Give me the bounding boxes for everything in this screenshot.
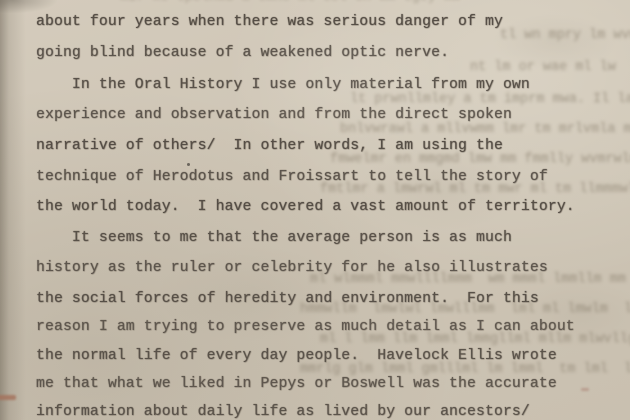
pink-smudge-mark [581, 388, 589, 391]
typewritten-line: me that what we liked in Pepys or Boswel… [36, 375, 557, 394]
typewritten-line: technique of Herodotus and Froissart to … [36, 168, 548, 187]
red-pencil-mark [0, 395, 16, 400]
typewritten-line: information about daily life as lived by… [36, 403, 530, 420]
typewritten-line: the social forces of heredity and enviro… [36, 290, 539, 309]
stray-dot-mark [187, 163, 190, 166]
typewritten-line: the normal life of every day people. Hav… [36, 347, 557, 366]
typewritten-line: narrative of others/ In other words, I a… [36, 137, 503, 156]
typewritten-line: going blind because of a weakened optic … [36, 44, 449, 63]
typewritten-line: experience and observation and from the … [36, 106, 512, 125]
scanned-page: mif ke tpelnwd a tmne ml tel on wm tgey … [0, 0, 630, 420]
typewritten-line: reason I am trying to preserve as much d… [36, 318, 575, 337]
typewritten-line: the world today. I have covered a vast a… [36, 198, 575, 217]
typewritten-line: history as the ruler or celebrity for he… [36, 259, 548, 278]
typewritten-line: It seems to me that the average person i… [36, 229, 512, 248]
typewritten-text: about four years when there was serious … [0, 0, 630, 420]
typewritten-line: about four years when there was serious … [36, 13, 503, 32]
typewritten-line: In the Oral History I use only material … [36, 76, 530, 95]
